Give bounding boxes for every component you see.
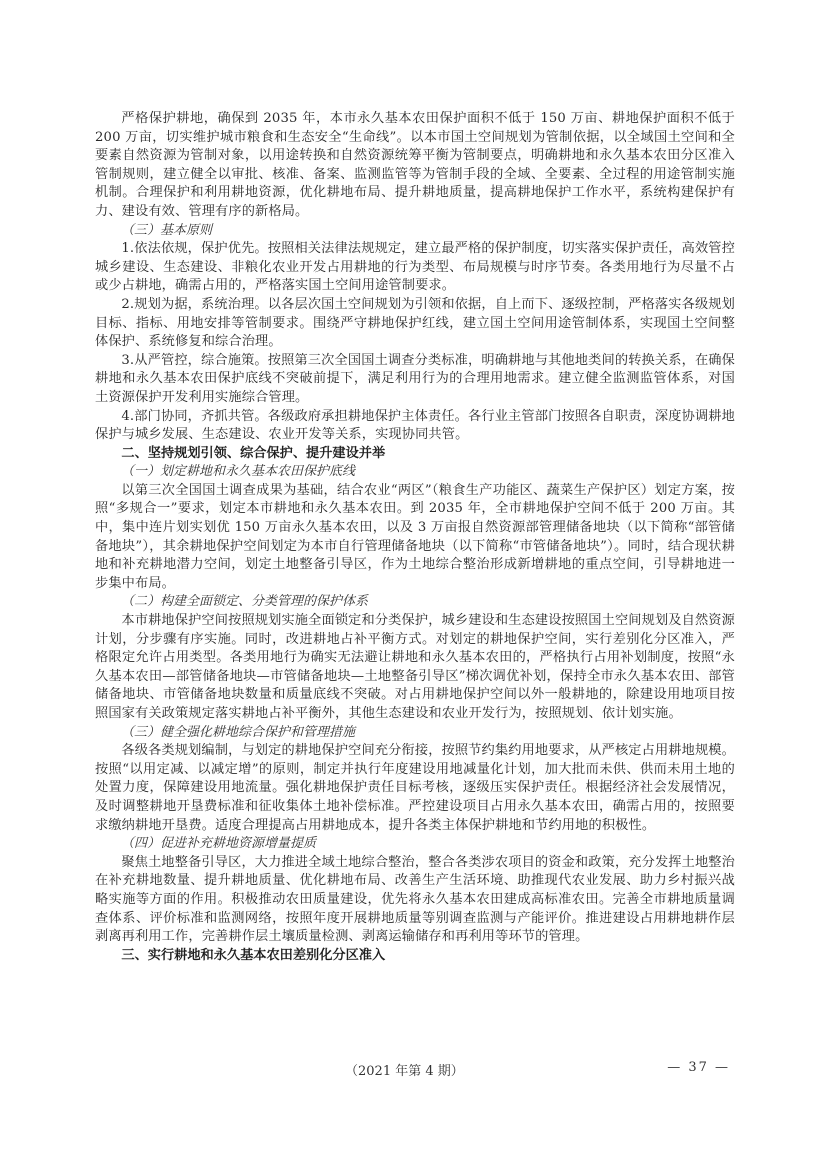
paragraph-farmland-protection-goal: 严格保护耕地，确保到 2035 年，本市永久基本农田保护面积不低于 150 万亩…: [95, 110, 735, 222]
section-heading-3: 三、实行耕地和永久基本农田差别化分区准入: [95, 947, 735, 966]
section-heading-2: 二、坚持规划引领、综合保护、提升建设并举: [95, 445, 735, 464]
paragraph-2-1: 以第三次全国国土调查成果为基础，结合农业“两区”（粮食生产功能区、蔬菜生产保护区…: [95, 482, 735, 594]
paragraph-principle-2: 2.规划为据，系统治理。以各层次国土空间规划为引领和依据，自上而下、逐级控制，严…: [95, 296, 735, 352]
subheading-2-1: （一）划定耕地和永久基本农田保护底线: [95, 463, 735, 482]
subheading-2-3: （三）健全强化耕地综合保护和管理措施: [95, 724, 735, 743]
paragraph-principle-3: 3.从严管控，综合施策。按照第三次全国国土调查分类标准，明确耕地与其他地类间的转…: [95, 352, 735, 408]
page-footer: （2021 年第 4 期） — 37 —: [95, 1060, 735, 1080]
document-body: 严格保护耕地，确保到 2035 年，本市永久基本农田保护面积不低于 150 万亩…: [95, 110, 735, 965]
paragraph-2-3: 各级各类规划编制，与划定的耕地保护空间充分衔接，按照节约集约用地要求，从严核定占…: [95, 742, 735, 835]
issue-label: （2021 年第 4 期）: [345, 1060, 464, 1079]
subheading-2-2: （二）构建全面锁定、分类管理的保护体系: [95, 593, 735, 612]
paragraph-principle-1: 1.依法依规，保护优先。按照相关法律法规规定，建立最严格的保护制度，切实落实保护…: [95, 240, 735, 296]
subheading-basic-principles: （三）基本原则: [95, 222, 735, 241]
page-number: — 37 —: [667, 1060, 730, 1075]
paragraph-2-4: 聚焦土地整备引导区，大力推进全域土地综合整治，整合各类涉农项目的资金和政策，充分…: [95, 854, 735, 947]
subheading-2-4: （四）促进补充耕地资源增量提质: [95, 835, 735, 854]
paragraph-2-2: 本市耕地保护空间按照规划实施全面锁定和分类保护，城乡建设和生态建设按照国土空间规…: [95, 612, 735, 724]
paragraph-principle-4: 4.部门协同，齐抓共管。各级政府承担耕地保护主体责任。各行业主管部门按照各自职责…: [95, 408, 735, 445]
